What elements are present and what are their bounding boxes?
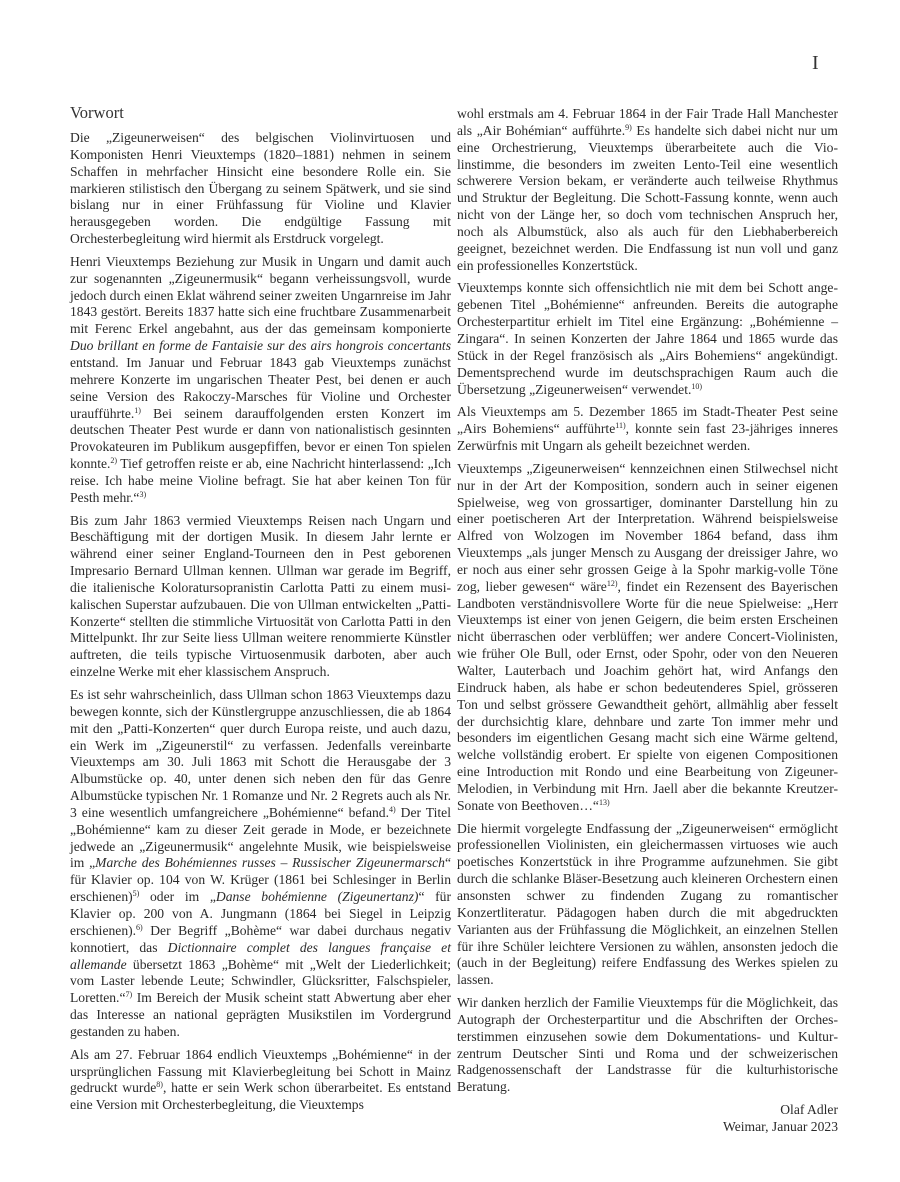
paragraph-title: Vieuxtemps konnte sich offensichtlich ni… bbox=[457, 280, 838, 398]
left-column: Vorwort Die „Zigeunerweisen“ des belgisc… bbox=[70, 103, 451, 1120]
paragraph-schott: Als am 27. Februar 1864 endlich Vieuxtem… bbox=[70, 1047, 451, 1114]
footnote-ref: 12) bbox=[607, 579, 618, 588]
footnote-ref: 9) bbox=[625, 123, 632, 132]
footnote-ref: 11) bbox=[615, 421, 625, 430]
paragraph-hungary: Henri Vieuxtemps Beziehung zur Musik in … bbox=[70, 254, 451, 507]
work-title: Danse bohémienne (Zigeunertanz) bbox=[216, 889, 419, 904]
author-name: Olaf Adler bbox=[457, 1102, 838, 1119]
section-heading: Vorwort bbox=[70, 103, 451, 123]
paragraph-manchester: wohl erstmals am 4. Februar 1864 in der … bbox=[457, 106, 838, 274]
footnote-ref: 6) bbox=[136, 923, 143, 932]
paragraph-boheme: Es ist sehr wahrscheinlich, dass Ullman … bbox=[70, 687, 451, 1041]
work-title: Marche des Bohémiennes russes – Russisch… bbox=[95, 855, 445, 870]
paragraph-ullman: Bis zum Jahr 1863 vermied Vieuxtemps Rei… bbox=[70, 513, 451, 681]
footnote-ref: 8) bbox=[156, 1080, 163, 1089]
paragraph-style: Vieuxtemps „Zigeunerweisen“ kennzeichnen… bbox=[457, 461, 838, 815]
right-column: wohl erstmals am 4. Februar 1864 in der … bbox=[457, 106, 838, 1136]
footnote-ref: 13) bbox=[599, 798, 610, 807]
footnote-ref: 3) bbox=[139, 490, 146, 499]
paragraph-pest: Als Vieuxtemps am 5. Dezember 1865 im St… bbox=[457, 404, 838, 455]
footnote-ref: 4) bbox=[389, 805, 396, 814]
paragraph-intro: Die „Zigeunerweisen“ des belgischen Viol… bbox=[70, 130, 451, 248]
page-number: I bbox=[812, 52, 819, 75]
footnote-ref: 1) bbox=[134, 406, 141, 415]
paragraph-thanks: Wir danken herzlich der Familie Vieuxtem… bbox=[457, 995, 838, 1096]
work-title: Duo brillant en forme de Fantaisie sur d… bbox=[70, 338, 451, 353]
paragraph-edition: Die hiermit vorgelegte Endfassung der „Z… bbox=[457, 821, 838, 989]
footnote-ref: 10) bbox=[691, 382, 702, 391]
place-date: Weimar, Januar 2023 bbox=[457, 1119, 838, 1136]
